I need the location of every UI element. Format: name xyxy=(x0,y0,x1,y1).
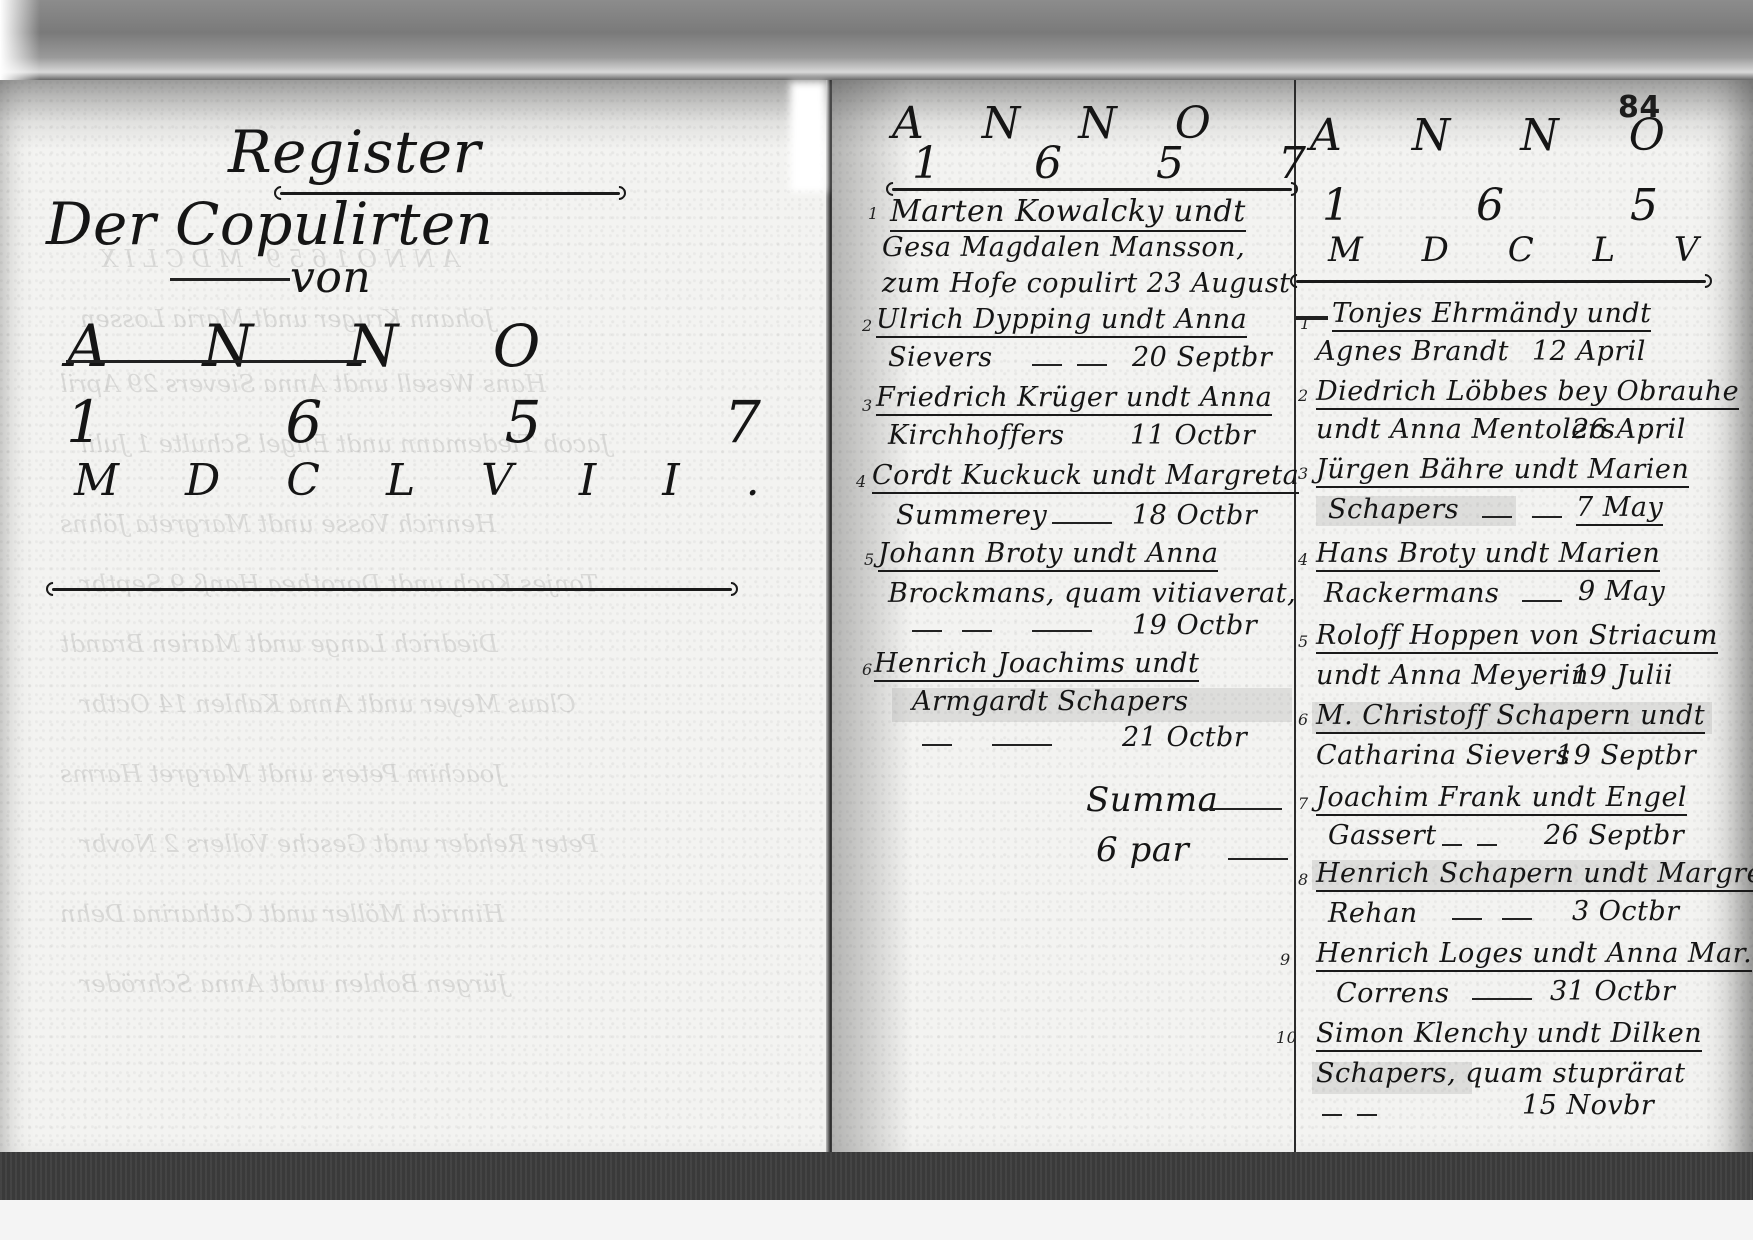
entry-line: Johann Broty undt Anna xyxy=(878,538,1218,569)
entry-line: Jürgen Bähre undt Marien xyxy=(1316,454,1689,485)
entry-line: Diedrich Löbbes bey Obrauhe xyxy=(1316,376,1739,407)
entry-number: 5 xyxy=(1298,632,1309,651)
heading-flourish xyxy=(52,588,732,591)
entry-names: Jürgen Bähre undt Marien xyxy=(1316,454,1689,488)
entry-date: 31 Octbr xyxy=(1550,976,1675,1007)
entry-number: 4 xyxy=(856,472,867,491)
entry-names: Henrich Joachims undt xyxy=(874,648,1199,682)
filler-dash xyxy=(1452,918,1482,920)
entry-date: 19 Julii xyxy=(1572,660,1673,691)
bleed-through-text: Claus Meyer undt Anna Kahlen 14 Octbr xyxy=(80,690,576,718)
col1658-header-rule xyxy=(1296,280,1706,283)
filler-dash xyxy=(922,744,952,746)
filler-dash xyxy=(1502,918,1532,920)
register-von: von xyxy=(290,252,371,303)
entry-line: Schapers xyxy=(1328,494,1459,525)
filler-dash xyxy=(992,744,1052,746)
entry-number: 2 xyxy=(1298,386,1309,405)
summa-line xyxy=(1202,808,1282,810)
col1657-year: 1 6 5 7 xyxy=(912,138,1346,189)
filler-dash xyxy=(1532,516,1562,518)
bleed-through-text: Tonjes Koch undt Dorothea Hanß 9 Septbr xyxy=(80,570,598,598)
entry-line: Brockmans, quam vitiaverat, xyxy=(888,578,1296,609)
entry-names: M. Christoff Schapern undt xyxy=(1316,700,1705,734)
filler-dash xyxy=(1472,998,1532,1000)
bleed-through-text: Jürgen Bohlen undt Anna Schröder xyxy=(80,970,508,998)
entry-date-text: 7 May xyxy=(1576,492,1663,526)
entry-line: Rackermans xyxy=(1324,578,1499,609)
entry-names: Friedrich Krüger undt Anna xyxy=(876,382,1272,416)
entry-line: Friedrich Krüger undt Anna xyxy=(876,382,1272,413)
entry-line: zum Hofe copulirt 23 August xyxy=(882,268,1291,299)
entry-date: 19 Septbr xyxy=(1556,740,1696,771)
entry-line: Armgardt Schapers xyxy=(912,686,1189,717)
col1658-year: 1 6 5 8 xyxy=(1322,180,1753,231)
anno-heading: A N N O xyxy=(66,312,578,380)
scanner-bed xyxy=(0,1200,1753,1240)
entry-number: 8 xyxy=(1298,870,1309,889)
entry-names: Hans Broty undt Marien xyxy=(1316,538,1660,572)
entry-number: 5 xyxy=(864,550,875,569)
flourish-line xyxy=(170,278,290,281)
bleed-through-text: Hinrich Möller undt Catharina Dehn xyxy=(60,900,504,928)
filler-dash xyxy=(962,630,992,632)
filler-dash xyxy=(1052,522,1112,524)
entry-line: Gesa Magdalen Mansson, xyxy=(882,232,1245,263)
entry-names: Diedrich Löbbes bey Obrauhe xyxy=(1316,376,1739,410)
entry-line: Henrich Joachims undt xyxy=(874,648,1199,679)
entry-line: Roloff Hoppen von Striacum xyxy=(1316,620,1718,651)
filler-dash xyxy=(1442,844,1462,846)
entry-line: Ulrich Dypping undt Anna xyxy=(876,304,1247,335)
bleed-through-text: Peter Rehder undt Gesche Vollers 2 Novbr xyxy=(80,830,598,858)
left-page: A N N O 1 6 5 9 · M D C L I X Johann Kru… xyxy=(0,80,828,1154)
filler-dash xyxy=(1032,364,1062,366)
bleed-through-text: Henrich Vosse undt Margreta Jöhns xyxy=(60,510,496,538)
entry-line: undt Anna Mentolers xyxy=(1316,414,1615,445)
scanner-shadow-bottom xyxy=(0,1152,1753,1200)
entry-names: Marten Kowalcky undt xyxy=(890,194,1246,232)
entry-names: Henrich Loges undt Anna Mar. xyxy=(1316,938,1752,972)
entry-date: 26 April xyxy=(1572,414,1686,445)
entry-date: 12 April xyxy=(1532,336,1646,367)
summa-line xyxy=(1228,858,1288,860)
column-divider xyxy=(1294,80,1296,1154)
entry-line: Rehan xyxy=(1328,898,1418,929)
year-arabic: 1 6 5 7 xyxy=(66,388,828,456)
register-subtitle: Der Copulirten xyxy=(46,190,494,258)
entry-date: 15 Novbr xyxy=(1522,1090,1654,1121)
entry-date: 3 Octbr xyxy=(1572,896,1680,927)
entry-line: Joachim Frank undt Engel xyxy=(1316,782,1687,813)
entry-date: 9 May xyxy=(1578,576,1665,607)
summa-label: Summa xyxy=(1086,780,1218,820)
filler-dash xyxy=(1032,630,1092,632)
entry-names: Tonjes Ehrmändy undt xyxy=(1332,298,1651,332)
entry-line: M. Christoff Schapern undt xyxy=(1316,700,1705,731)
entry-number: 6 xyxy=(862,660,873,679)
entry-names: Joachim Frank undt Engel xyxy=(1316,782,1687,816)
year-roman: M D C L V I I . xyxy=(74,455,786,506)
anno-strike-line xyxy=(66,360,366,363)
entry-date: 20 Septbr xyxy=(1132,342,1272,373)
entry-names: Roloff Hoppen von Striacum xyxy=(1316,620,1718,654)
entry-line: Catharina Sievers xyxy=(1316,740,1570,771)
bleed-through-text: Joachim Peters undt Margret Harms xyxy=(60,760,504,788)
entry-date: 7 May xyxy=(1576,492,1663,523)
col1658-roman: M D C L V I I I . xyxy=(1328,230,1753,270)
filler-dash xyxy=(1357,1114,1377,1116)
entry-number: 3 xyxy=(862,396,873,415)
entry-names: Cordt Kuckuck undt Margreta xyxy=(872,460,1299,494)
entry-line: Sievers xyxy=(888,342,993,373)
entry-number: 3 xyxy=(1298,464,1309,483)
entry-line: Cordt Kuckuck undt Margreta xyxy=(872,460,1299,491)
entry-number: 4 xyxy=(1298,550,1309,569)
entry-line: Correns xyxy=(1336,978,1449,1009)
entry-line: Henrich Schapern undt Margret xyxy=(1316,858,1753,889)
entry-line: Hans Broty undt Marien xyxy=(1316,538,1660,569)
entry-names: Ulrich Dypping undt Anna xyxy=(876,304,1247,338)
entry-date: 21 Octbr xyxy=(1122,722,1247,753)
register-title: Register xyxy=(228,118,481,186)
entry-number: 9 xyxy=(1280,950,1291,969)
entry-names: Henrich Schapern undt Margret xyxy=(1316,858,1753,892)
col1657-header-rule xyxy=(892,188,1292,191)
filler-dash xyxy=(1322,1114,1342,1116)
scanner-shadow-top xyxy=(0,0,1753,82)
entry-line: Summerey xyxy=(896,500,1047,531)
entry-date: 26 Septbr xyxy=(1544,820,1684,851)
filler-dash xyxy=(912,630,942,632)
summa-value: 6 par xyxy=(1096,830,1189,870)
entry-line: Gassert xyxy=(1328,820,1437,851)
entry-marker xyxy=(1296,316,1328,320)
entry-line: undt Anna Meyerin xyxy=(1316,660,1589,691)
filler-dash xyxy=(1077,364,1107,366)
entry-date: 11 Octbr xyxy=(1130,420,1255,451)
entry-names: Simon Klenchy undt Dilken xyxy=(1316,1018,1702,1052)
entry-line: Agnes Brandt xyxy=(1316,336,1509,367)
entry-number: 7 xyxy=(1298,794,1309,813)
filler-dash xyxy=(1522,600,1562,602)
filler-dash xyxy=(1477,844,1497,846)
entry-date: 19 Octbr xyxy=(1132,610,1257,641)
entry-number: 1 xyxy=(868,204,879,223)
entry-names: Johann Broty undt Anna xyxy=(878,538,1218,572)
entry-line: Tonjes Ehrmändy undt xyxy=(1332,298,1651,329)
gutter-highlight xyxy=(790,82,826,192)
entry-line: Kirchhoffers xyxy=(888,420,1065,451)
entry-line: Henrich Loges undt Anna Mar. xyxy=(1316,938,1752,969)
filler-dash xyxy=(1482,516,1512,518)
bleed-through-text: Diedrich Lange undt Marien Brandt xyxy=(60,630,498,658)
entry-number: 10 xyxy=(1276,1028,1297,1047)
entry-line: Simon Klenchy undt Dilken xyxy=(1316,1018,1702,1049)
entry-line: Schapers, quam stuprärat xyxy=(1316,1058,1686,1089)
col1658-anno: A N N O xyxy=(1310,110,1693,161)
entry-number: 6 xyxy=(1298,710,1309,729)
entry-number: 2 xyxy=(862,316,873,335)
entry-line: Marten Kowalcky undt xyxy=(890,194,1246,229)
right-page: 84 A N N O 1 6 5 7 1 Marten Kowalcky und… xyxy=(832,80,1753,1154)
entry-date: 18 Octbr xyxy=(1132,500,1257,531)
